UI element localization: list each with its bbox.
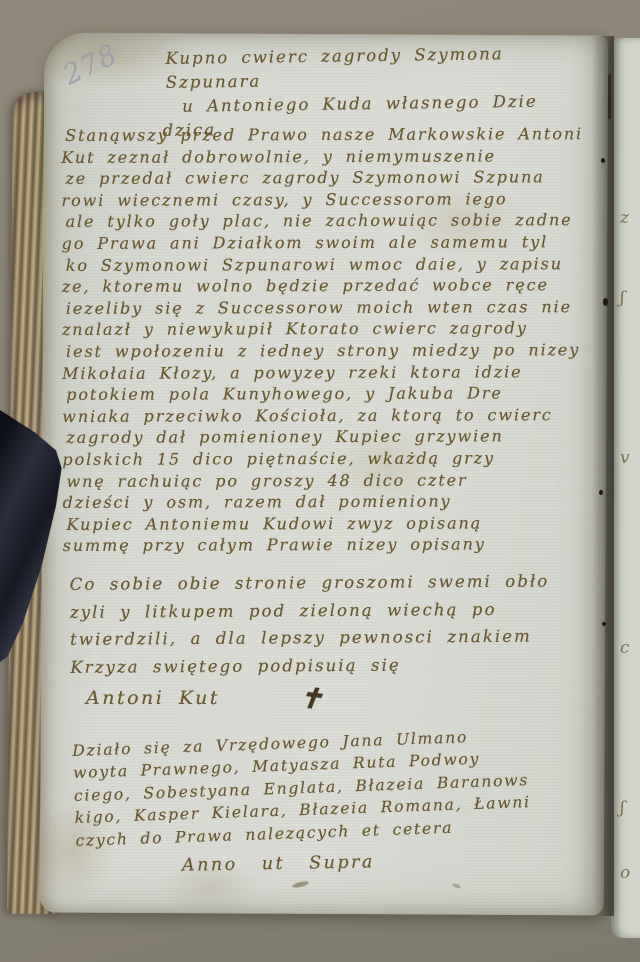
facing-page-ink-fragment: v	[620, 448, 630, 468]
manuscript-line: Co sobie obie stronie groszomi swemi obł…	[70, 567, 604, 598]
signature-row: Antoni Kut ✝	[86, 682, 325, 715]
signature-name: Antoni Kut	[86, 687, 220, 709]
manuscript-line: twierdzili, a dla lepszy pewnosci znakie…	[70, 622, 604, 653]
closing-formula: Anno ut Supra	[182, 852, 375, 875]
signature-cross-mark: ✝	[297, 681, 327, 717]
manuscript-line: Stanąwszy przed Prawo nasze Markowskie A…	[65, 123, 605, 146]
title-line: Kupno cwierc zagrody Szymona Szpunara	[165, 41, 586, 95]
manuscript-line: iezeliby się z Successorow moich wten cz…	[66, 296, 606, 319]
gutter-ink-speck	[599, 490, 603, 495]
manuscript-line: ko Szymonowi Szpunarowi wmoc daie, y zap…	[66, 253, 606, 276]
facing-page-ink-fragment: c	[620, 638, 630, 658]
manuscript-line: znalazł y niewykupił Ktorato cwierc zagr…	[62, 317, 606, 340]
manuscript-line: summę przy całym Prawie nizey opisany	[63, 533, 607, 556]
manuscript-line: Kut zeznał dobrowolnie, y niemymuszenie	[61, 145, 605, 168]
manuscript-line: ze, ktoremu wolno będzie przedać wobce r…	[62, 274, 606, 297]
manuscript-line: Mikołaia Kłozy, a powyzey rzeki ktora id…	[62, 361, 606, 384]
manuscript-line: go Prawa ani Działkom swoim ale samemu t…	[62, 231, 606, 254]
manuscript-line: ale tylko goły plac, nie zachowuiąc sobi…	[66, 209, 606, 232]
facing-page-ink-fragment: z	[620, 208, 629, 228]
manuscript-photo: z ʃ v c ʃ o 278 Kupno cwierc zagrody Szy…	[0, 0, 640, 962]
manuscript-line: rowi wiecznemi czasy, y Successorom iego	[61, 188, 605, 211]
gutter-ink-speck	[602, 622, 606, 626]
body-paragraph-2: Co sobie obie stronie groszomi swemi obł…	[70, 567, 605, 681]
facing-page-ink-fragment: o	[620, 863, 630, 883]
gutter-ink-speck	[601, 158, 605, 163]
manuscript-line: zagrody dał pomienioney Kupiec grzywien	[66, 425, 606, 448]
facing-page-ink-fragment: ʃ	[620, 798, 625, 818]
manuscript-line: wniaka przeciwko Kościoła, za ktorą to c…	[62, 404, 606, 427]
manuscript-line: Krzyza swiętego podpisuią się	[70, 650, 604, 681]
manuscript-line: zyli y litkupem pod zieloną wiechą po	[70, 595, 604, 626]
manuscript-line: Kupiec Antoniemu Kudowi zwyz opisaną	[67, 512, 607, 535]
witness-paragraph: Działo się za Vrzędowego Jana Ulmano woy…	[72, 721, 610, 852]
manuscript-line: dzieści y osm, razem dał pomieniony	[63, 490, 607, 513]
manuscript-line: iest wpołozeniu z iedney strony miedzy p…	[66, 339, 606, 362]
manuscript-line: ze przedał cwierc zagrody Szymonowi Szpu…	[65, 166, 605, 189]
book-gutter-shadow	[592, 36, 614, 916]
facing-page-edge: z ʃ v c ʃ o	[611, 38, 640, 938]
manuscript-line: polskich 15 dico piętnaście, wkażdą grzy	[62, 447, 606, 470]
manuscript-line: wnę rachuiąc po groszy 48 dico czter	[66, 469, 606, 492]
gutter-ink-speck	[603, 298, 608, 306]
manuscript-line: potokiem pola Kunyhowego, y Jakuba Dre	[66, 382, 606, 405]
facing-page-ink-fragment: ʃ	[620, 288, 625, 308]
body-paragraph-1: Stanąwszy przed Prawo nasze Markowskie A…	[61, 123, 607, 557]
